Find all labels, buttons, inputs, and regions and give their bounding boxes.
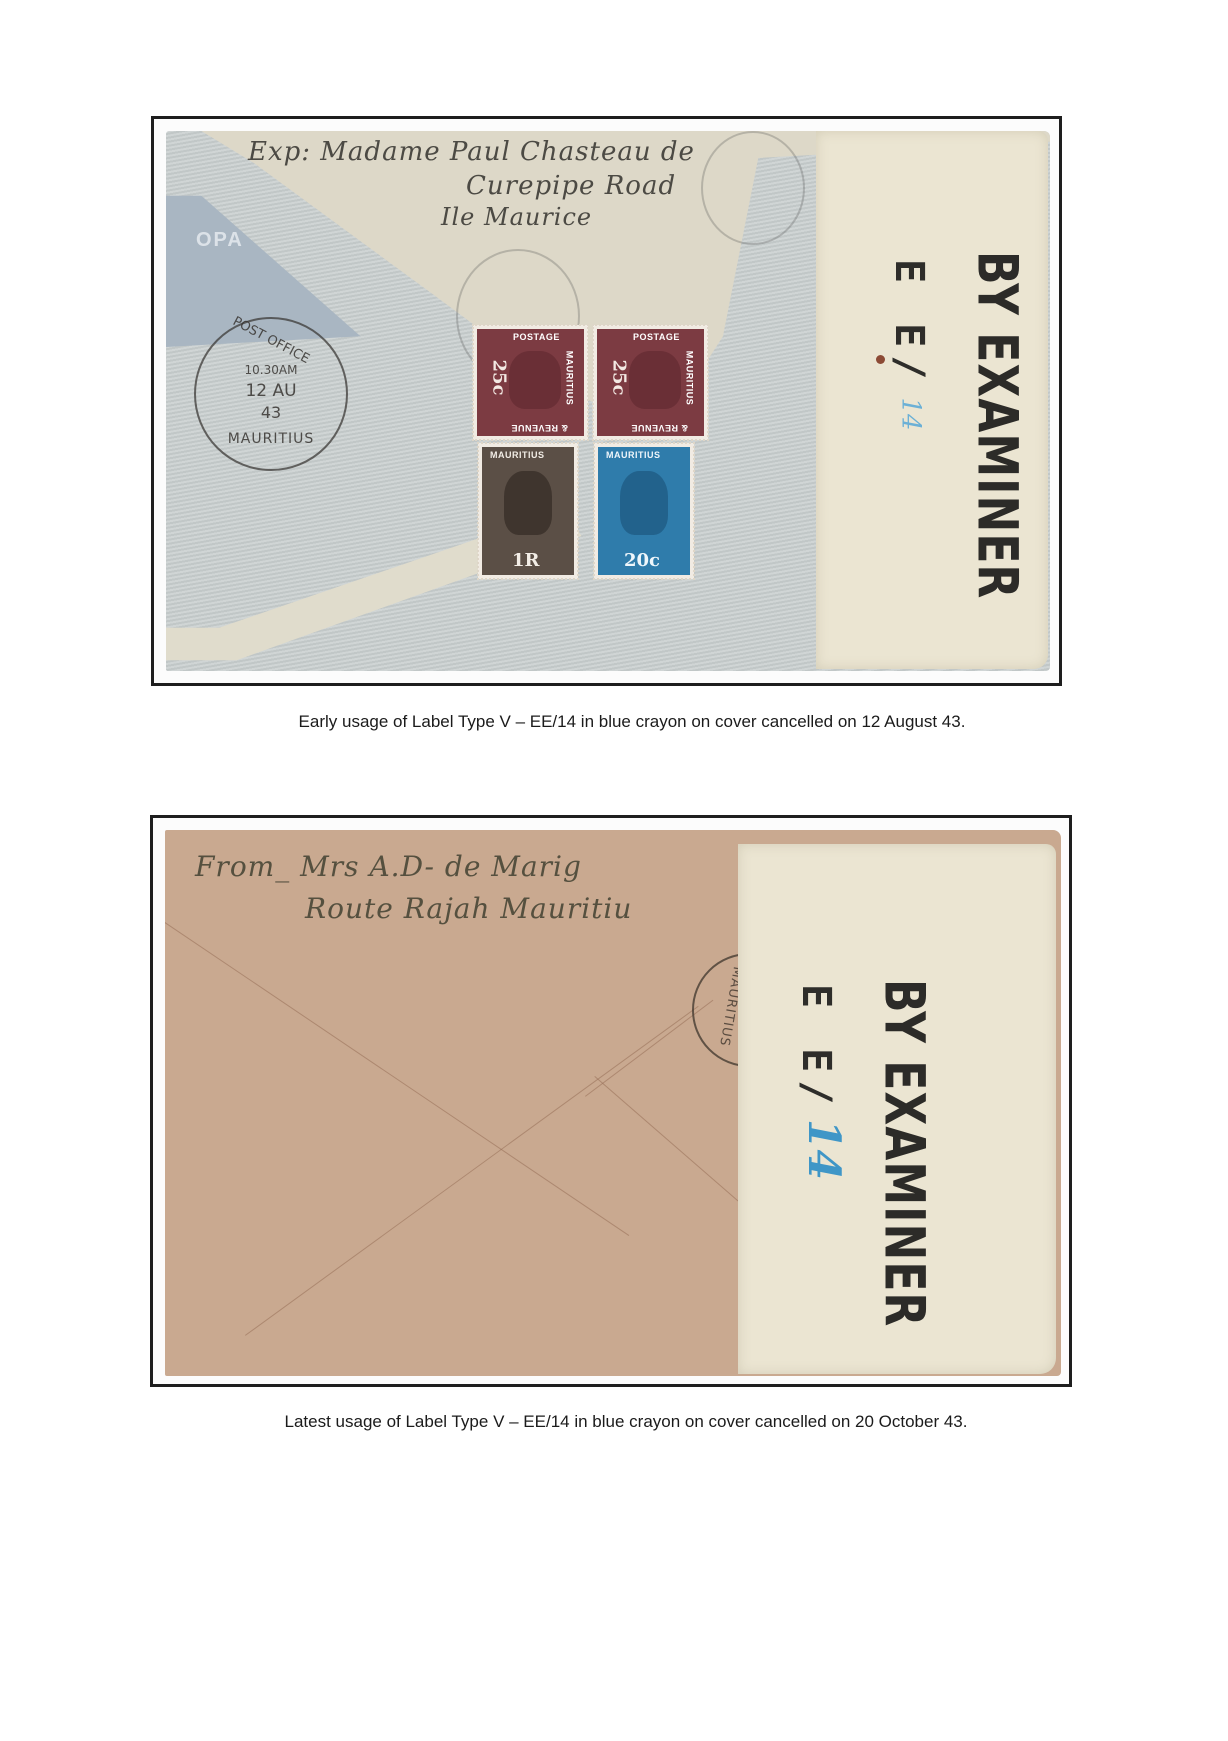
envelope-fold-line — [594, 1076, 738, 1201]
exhibit-frame-early: OPA Exp: Madame Paul Chasteau de Curepip… — [151, 116, 1062, 686]
censor-label: BY EXAMINER E E/ 14 — [738, 844, 1056, 1374]
sender-line-1: Exp: Madame Paul Chasteau de — [248, 137, 695, 167]
exhibit-caption-latest: Latest usage of Label Type V – EE/14 in … — [12, 1412, 1228, 1432]
examiner-prefix: E E/ — [886, 259, 932, 387]
sender-line-1: From_ Mrs A.D- de Marig — [195, 850, 582, 883]
airmail-printed-text: OPA — [196, 229, 244, 252]
cover-latest: From_ Mrs A.D- de Marig Route Rajah Maur… — [165, 830, 1061, 1376]
crayon-examiner-number: 14 — [798, 1119, 849, 1180]
examiner-prefix: E E/ — [793, 984, 839, 1112]
exhibit-caption-early: Early usage of Label Type V – EE/14 in b… — [18, 712, 1228, 732]
sender-line-2: Curepipe Road — [466, 171, 676, 201]
postmark-circular-date-stamp: POST OFFICE 10.30AM 12 AU 43 MAURITIUS — [194, 317, 348, 471]
king-portrait — [629, 351, 681, 409]
king-portrait — [509, 351, 561, 409]
censor-label-printed-text: BY EXAMINER — [965, 251, 1029, 599]
stamp-20c: MAURITIUS 20c — [594, 443, 694, 579]
king-portrait — [620, 471, 668, 535]
exhibit-frame-latest: From_ Mrs A.D- de Marig Route Rajah Maur… — [150, 815, 1072, 1387]
censor-label-printed-text: BY EXAMINER — [872, 979, 936, 1327]
stamp-25c: POSTAGE 25c MAURITIUS & REVENUE — [473, 325, 588, 440]
sender-line-3: Ile Maurice — [441, 203, 592, 231]
censor-label: BY EXAMINER E E/ 14 — [816, 131, 1048, 669]
crayon-examiner-number: 14 — [896, 397, 926, 430]
faint-postmark-top-right — [701, 131, 805, 245]
stamp-25c: POSTAGE 25c MAURITIUS & REVENUE — [593, 325, 708, 440]
king-portrait — [504, 471, 552, 535]
airmail-cover-early: OPA Exp: Madame Paul Chasteau de Curepip… — [166, 131, 1050, 671]
sender-line-2: Route Rajah Mauritiu — [305, 892, 632, 925]
envelope-fold-line — [165, 922, 629, 1236]
envelope-fold-line — [245, 1006, 699, 1336]
stamp-1r: MAURITIUS 1R — [478, 443, 578, 579]
stain-spot — [876, 355, 885, 364]
